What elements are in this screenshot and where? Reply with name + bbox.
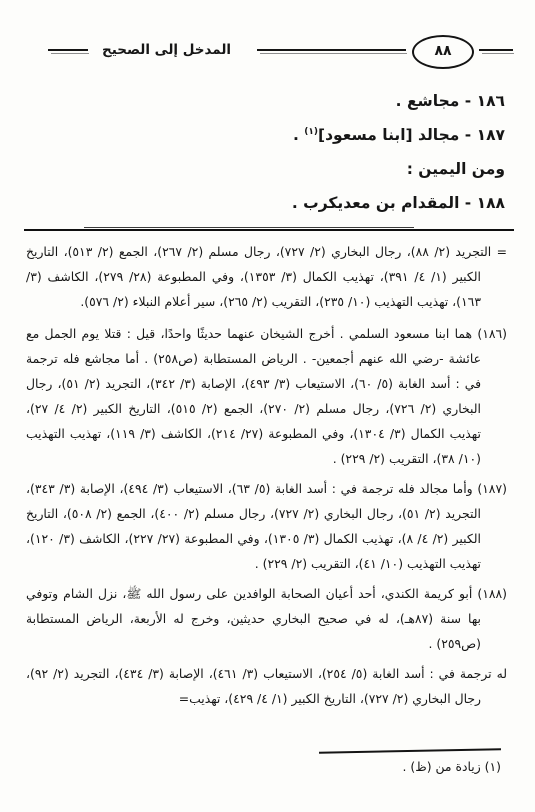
bottom-variant-note: (١) زيادة من (ظ) . <box>30 757 501 777</box>
footnote-188-para-2: له ترجمة في : أسد الغابة (٥/ ٢٥٤)، الاست… <box>26 661 507 711</box>
page-number: ٨٨ <box>434 43 451 59</box>
footnote-separator-rule <box>24 229 514 231</box>
entry-186: ١٨٦ - مجاشع . <box>30 90 505 112</box>
footnote-continuation: = التجريد (٢/ ٨٨)، رجال البخاري (٢/ ٧٢٧)… <box>26 239 507 314</box>
book-title: المدخل إلى الصحيح <box>102 42 231 58</box>
main-text: ١٨٦ - مجاشع . ١٨٧ - مجالد [ابنا مسعود](١… <box>30 90 505 226</box>
footnotes-section: = التجريد (٢/ ٨٨)، رجال البخاري (٢/ ٧٢٧)… <box>26 239 507 716</box>
entry-187-period: . <box>293 126 304 144</box>
page-header: المدخل إلى الصحيح ٨٨ <box>20 34 513 70</box>
section-heading-yameen: ومن اليمين : <box>30 158 505 180</box>
header-rule-right <box>479 49 513 56</box>
header-rule-middle <box>257 49 406 56</box>
entry-187-text: ١٨٧ - مجالد [ابنا مسعود] <box>318 126 505 144</box>
entry-188: ١٨٨ - المقدام بن معديكرب . <box>30 192 505 214</box>
bottom-note-separator-rule <box>319 748 501 753</box>
header-rule-left <box>48 49 88 56</box>
footnote-188-para-1: (١٨٨) أبو كريمة الكندي، أحد أعيان الصحاب… <box>26 581 507 656</box>
page-number-badge: ٨٨ <box>412 35 474 69</box>
book-page: المدخل إلى الصحيح ٨٨ ١٨٦ - مجاشع . ١٨٧ -… <box>0 0 535 812</box>
footnote-ref-1-marker: (١) <box>304 127 318 137</box>
footnote-186: (١٨٦) هما ابنا مسعود السلمي . أخرج الشيخ… <box>26 321 507 471</box>
footnote-187: (١٨٧) وأما مجالد فله ترجمة في : أسد الغا… <box>26 476 507 576</box>
entry-187: ١٨٧ - مجالد [ابنا مسعود](١) . <box>30 124 505 146</box>
